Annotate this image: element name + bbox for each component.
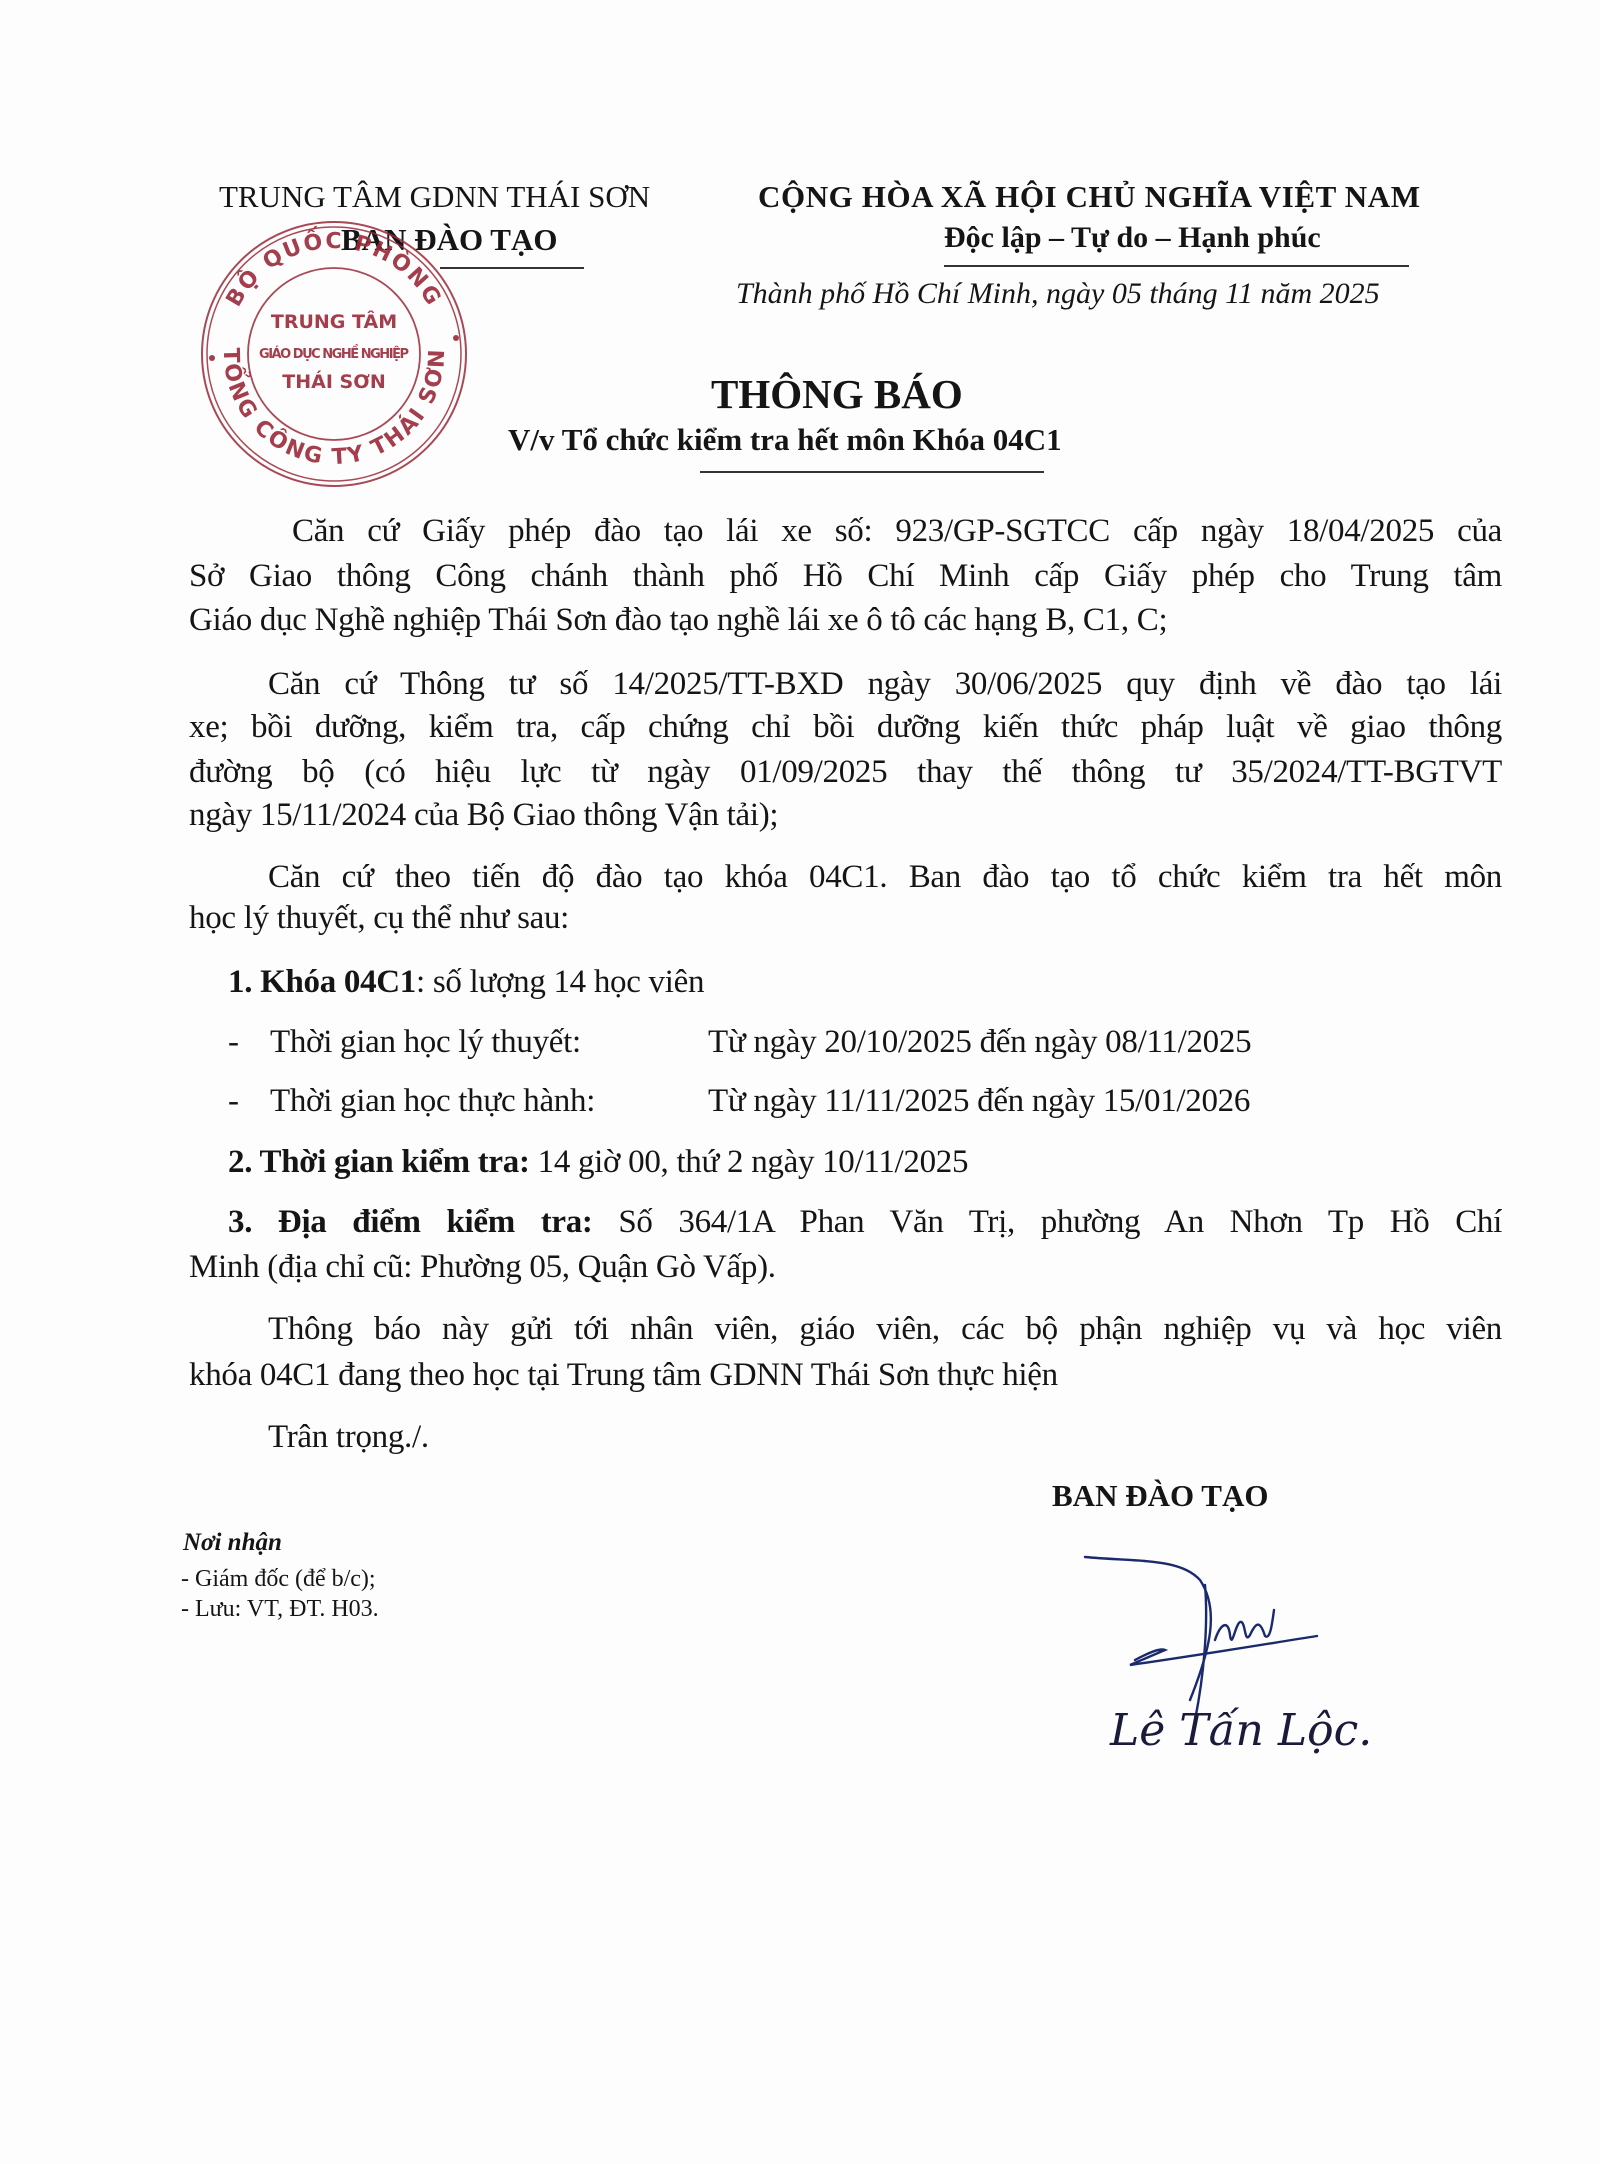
bullet-dash: -: [228, 1083, 239, 1119]
bullet-dash: -: [228, 1024, 239, 1060]
exam-time-label: 2. Thời gian kiểm tra:: [228, 1144, 530, 1180]
closing-line: Thông báo này gửi tới nhân viên, giáo vi…: [268, 1313, 1502, 1346]
place-date: Thành phố Hồ Chí Minh, ngày 05 tháng 11 …: [736, 279, 1380, 309]
exam-location-text: Số 364/1A Phan Văn Trị, phường An Nhơn T…: [593, 1204, 1502, 1240]
official-stamp: BỘ QUỐC PHÒNG TỔNG CÔNG TY THÁI SƠN TRUN…: [198, 218, 470, 490]
closing-line: khóa 04C1 đang theo học tại Trung tâm GD…: [189, 1359, 1058, 1392]
stamp-inner-line-1: TRUNG TÂM: [271, 310, 397, 333]
theory-period: -: [228, 1026, 239, 1059]
exam-location-label: 3. Địa điểm kiểm tra:: [228, 1204, 593, 1240]
paragraph-line: Sở Giao thông Công chánh thành phố Hồ Ch…: [189, 560, 1502, 593]
paragraph-line: xe; bồi dưỡng, kiểm tra, cấp chứng chỉ b…: [189, 711, 1502, 744]
handwritten-signature: Lê Tấn Lộc.: [1060, 1540, 1420, 1780]
practice-period-label: Thời gian học thực hành:: [270, 1085, 595, 1118]
practice-period: -: [228, 1085, 239, 1118]
exam-time: 2. Thời gian kiểm tra: 14 giờ 00, thứ 2 …: [228, 1146, 968, 1179]
item-course: 1. Khóa 04C1: số lượng 14 học viên: [228, 966, 704, 999]
theory-period-value: Từ ngày 20/10/2025 đến ngày 08/11/2025: [708, 1026, 1251, 1059]
paragraph-line: Căn cứ Thông tư số 14/2025/TT-BXD ngày 3…: [268, 668, 1502, 701]
paragraph-line: Căn cứ theo tiến độ đào tạo khóa 04C1. B…: [268, 861, 1502, 894]
paragraph-line: ngày 15/11/2024 của Bộ Giao thông Vận tả…: [189, 799, 778, 832]
theory-period-label: Thời gian học lý thuyết:: [270, 1026, 581, 1059]
exam-location-line-2: Minh (địa chỉ cũ: Phường 05, Quận Gò Vấp…: [189, 1251, 776, 1284]
regards: Trân trọng./.: [268, 1421, 429, 1454]
subject-underline: [700, 471, 1044, 473]
item-course-label: 1. Khóa 04C1: [228, 964, 416, 1000]
document-subject: V/v Tổ chức kiểm tra hết môn Khóa 04C1: [508, 424, 1062, 455]
recipient-item: - Giám đốc (để b/c);: [181, 1567, 376, 1591]
exam-time-text: 14 giờ 00, thứ 2 ngày 10/11/2025: [530, 1144, 969, 1180]
motto-underline: [944, 265, 1409, 267]
signatory-title: BAN ĐÀO TẠO: [1052, 1480, 1268, 1511]
paragraph-line: đường bộ (có hiệu lực từ ngày 01/09/2025…: [189, 756, 1502, 789]
signatory-name: Lê Tấn Lộc.: [1109, 1705, 1372, 1756]
paragraph-line: Căn cứ Giấy phép đào tạo lái xe số: 923/…: [292, 515, 1502, 548]
recipient-item: - Lưu: VT, ĐT. H03.: [181, 1597, 379, 1621]
country-name: CỘNG HÒA XÃ HỘI CHỦ NGHĨA VIỆT NAM: [758, 181, 1421, 212]
stamp-inner-line-2: GIÁO DỤC NGHỀ NGHIỆP: [259, 344, 409, 362]
org-name: TRUNG TÂM GDNN THÁI SƠN: [219, 181, 650, 212]
stamp-inner-line-3: THÁI SƠN: [282, 370, 385, 393]
national-motto: Độc lập – Tự do – Hạnh phúc: [944, 223, 1321, 253]
practice-period-value: Từ ngày 11/11/2025 đến ngày 15/01/2026: [708, 1085, 1250, 1118]
item-course-text: : số lượng 14 học viên: [416, 964, 704, 1000]
document-title: THÔNG BÁO: [711, 374, 963, 415]
paragraph-line: học lý thuyết, cụ thể như sau:: [189, 902, 569, 935]
paragraph-line: Giáo dục Nghề nghiệp Thái Sơn đào tạo ng…: [189, 604, 1167, 637]
recipients-heading: Nơi nhận: [183, 1530, 282, 1555]
exam-location: 3. Địa điểm kiểm tra: Số 364/1A Phan Văn…: [228, 1206, 1502, 1239]
